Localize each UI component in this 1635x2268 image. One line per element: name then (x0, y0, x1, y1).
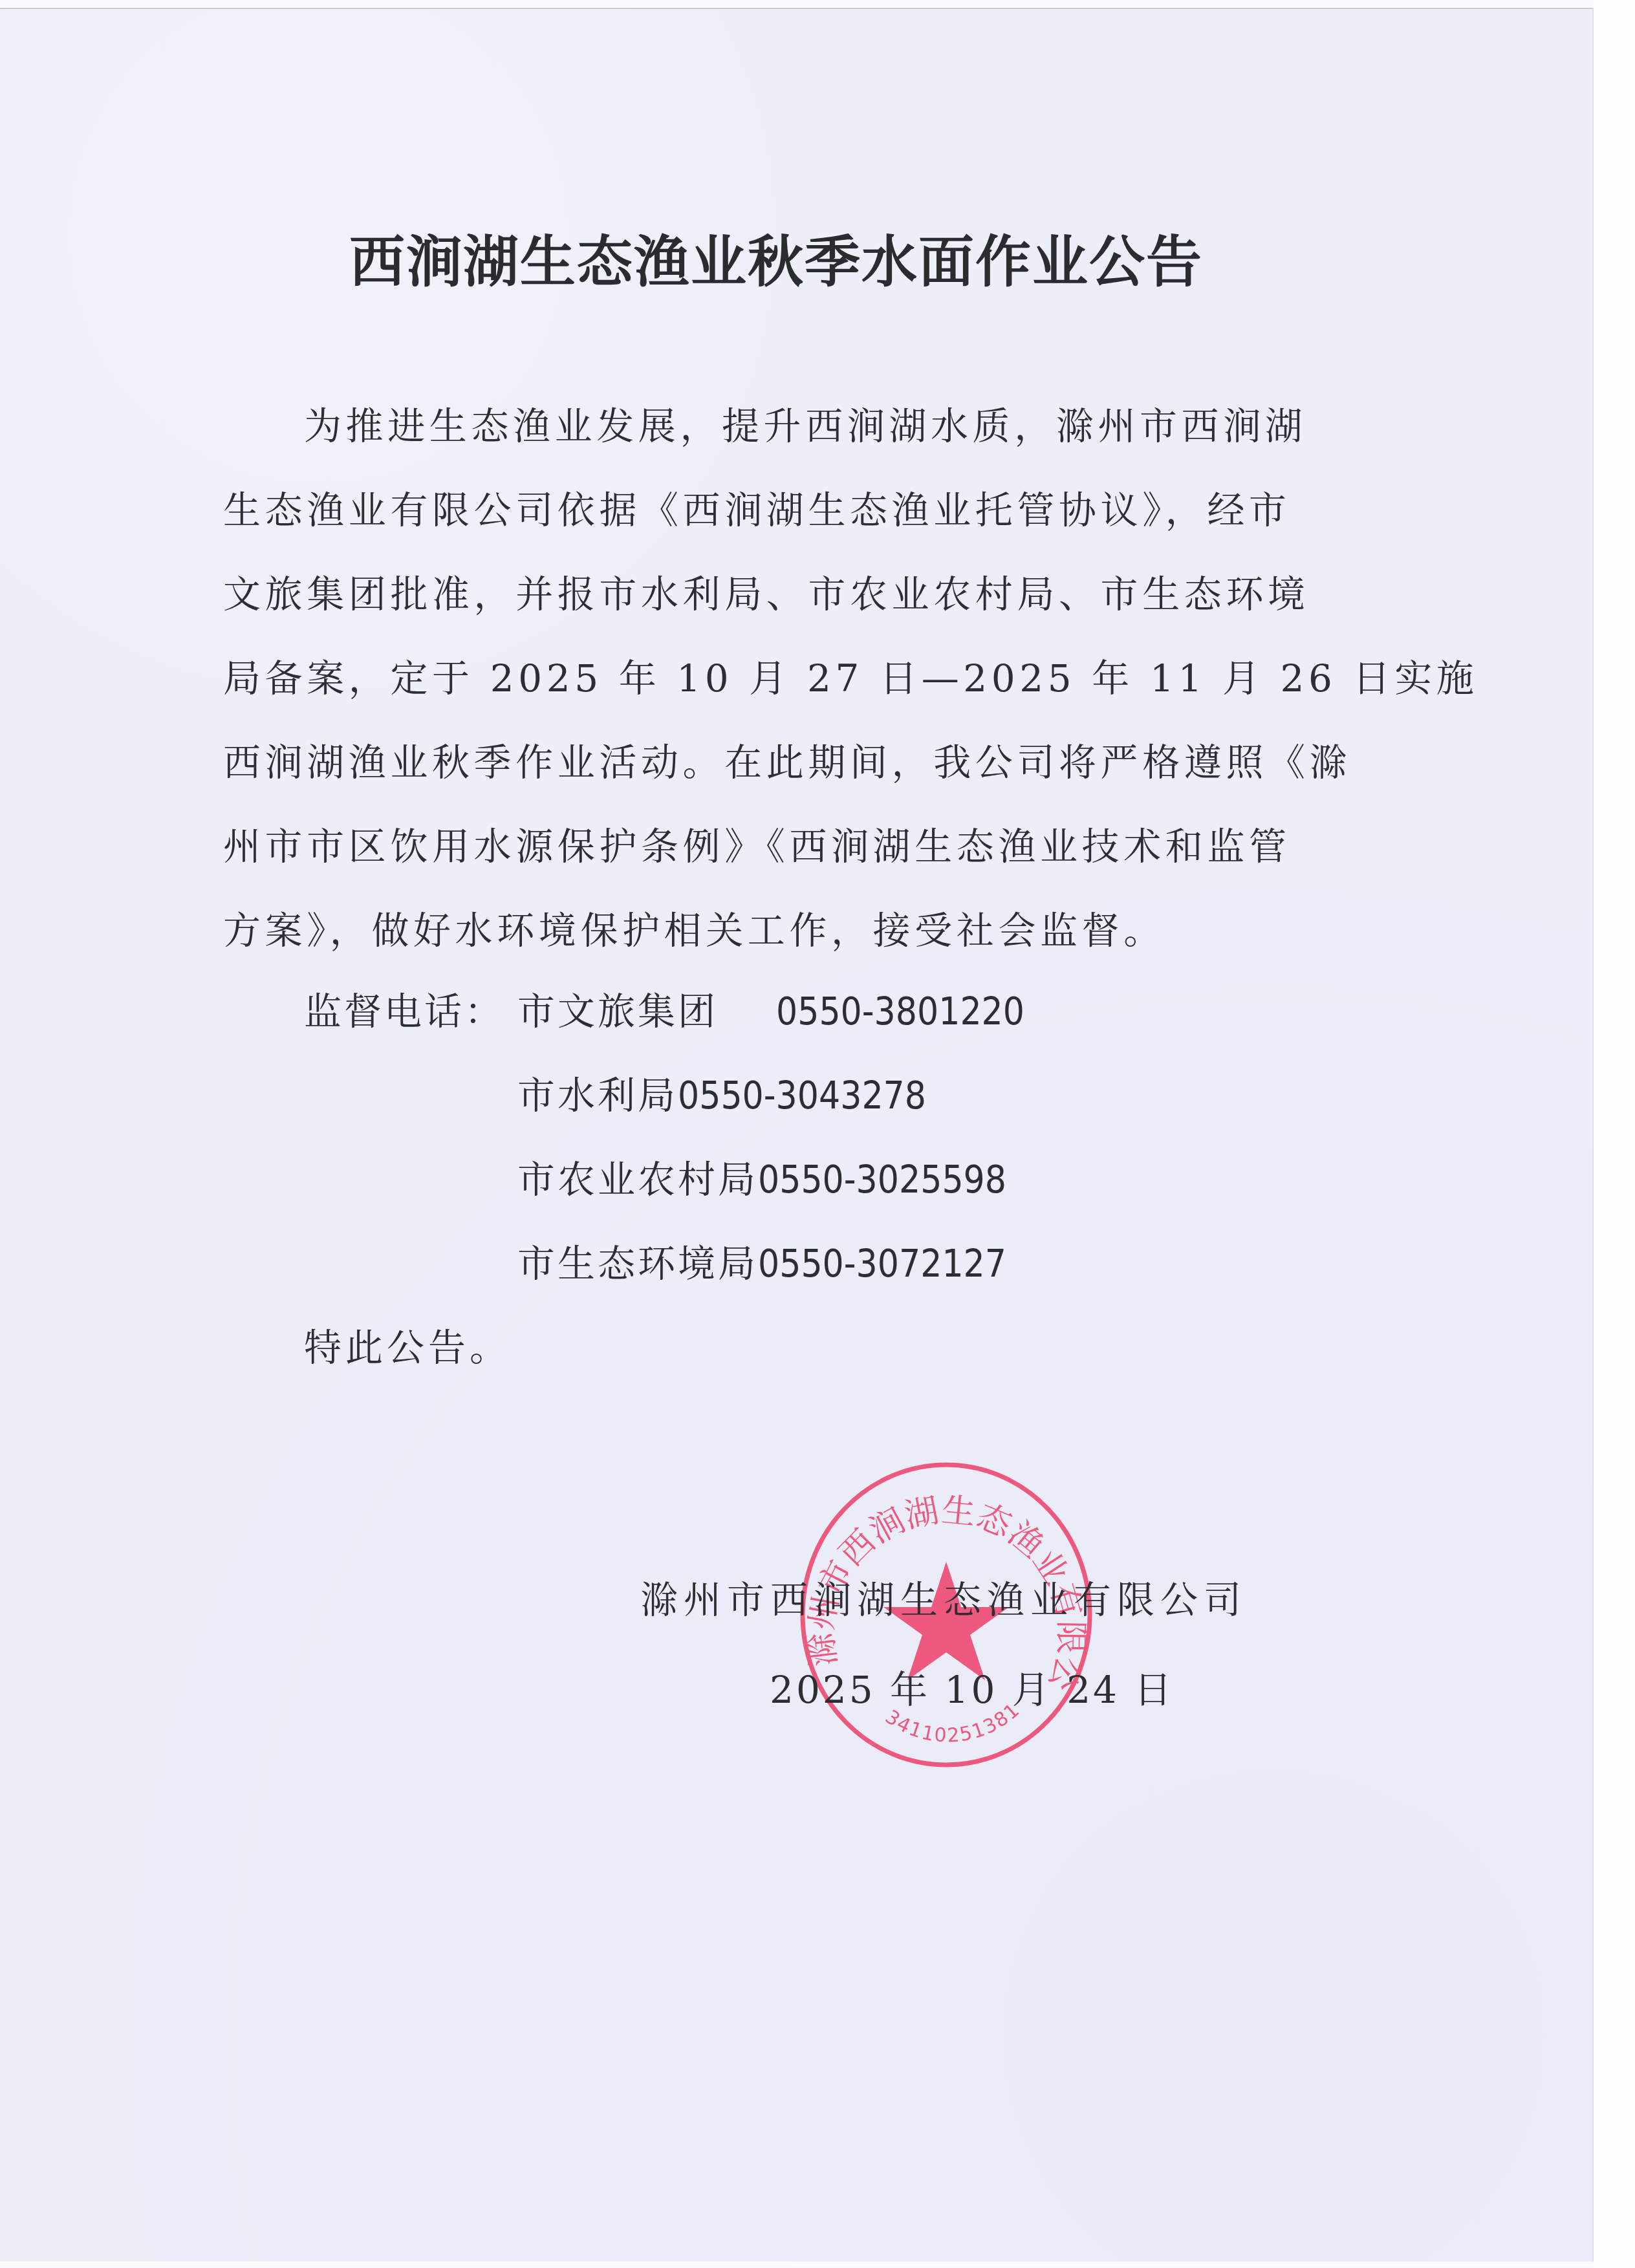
body-line-5: 西涧湖渔业秋季作业活动。在此期间，我公司将严格遵照《滁 (223, 732, 1351, 786)
contact-row: 市生态环境局0550-3072127 (517, 1233, 1006, 1288)
contact-phone: 0550-3801220 (776, 989, 1024, 1033)
contact-org: 市农业农村局 (517, 1158, 758, 1202)
contact-phone: 0550-3043278 (678, 1074, 926, 1118)
signature-date: 2025 年 10 月 24 日 (770, 1659, 1174, 1714)
body-line-4: 局备案，定于 2025 年 10 月 27 日—2025 年 11 月 26 日… (223, 648, 1478, 702)
body-line-7: 方案》，做好水环境保护相关工作，接受社会监督。 (223, 900, 1165, 955)
signer-name: 滁州市西涧湖生态渔业有限公司 (640, 1570, 1247, 1624)
body-line-3: 文旅集团批准，并报市水利局、市农业农村局、市生态环境 (223, 564, 1310, 618)
body-line-2: 生态渔业有限公司依据《西涧湖生态渔业托管协议》，经市 (223, 480, 1291, 534)
contact-row: 市水利局0550-3043278 (517, 1065, 926, 1119)
contact-phone: 0550-3025598 (758, 1158, 1006, 1202)
contact-org: 市水利局 (517, 1074, 678, 1118)
document-title: 西涧湖生态渔业秋季水面作业公告 (0, 217, 1552, 297)
closing-text: 特此公告。 (304, 1317, 511, 1372)
contact-row: 市农业农村局0550-3025598 (517, 1149, 1006, 1204)
body-line-1: 为推进生态渔业发展，提升西涧湖水质，滁州市西涧湖 (304, 396, 1306, 450)
body-line-6: 州市市区饮用水源保护条例》《西涧湖生态渔业技术和监管 (223, 816, 1291, 870)
contact-phone: 0550-3072127 (758, 1242, 1006, 1286)
scan-margin (1594, 0, 1635, 2268)
contact-org: 市文旅集团 (517, 989, 718, 1033)
contact-org: 市生态环境局 (517, 1242, 758, 1286)
contact-row: 市文旅集团0550-3801220 (517, 981, 1024, 1035)
document-page: 西涧湖生态渔业秋季水面作业公告 为推进生态渔业发展，提升西涧湖水质，滁州市西涧湖… (0, 8, 1594, 2262)
supervision-label: 监督电话： (304, 981, 504, 1035)
